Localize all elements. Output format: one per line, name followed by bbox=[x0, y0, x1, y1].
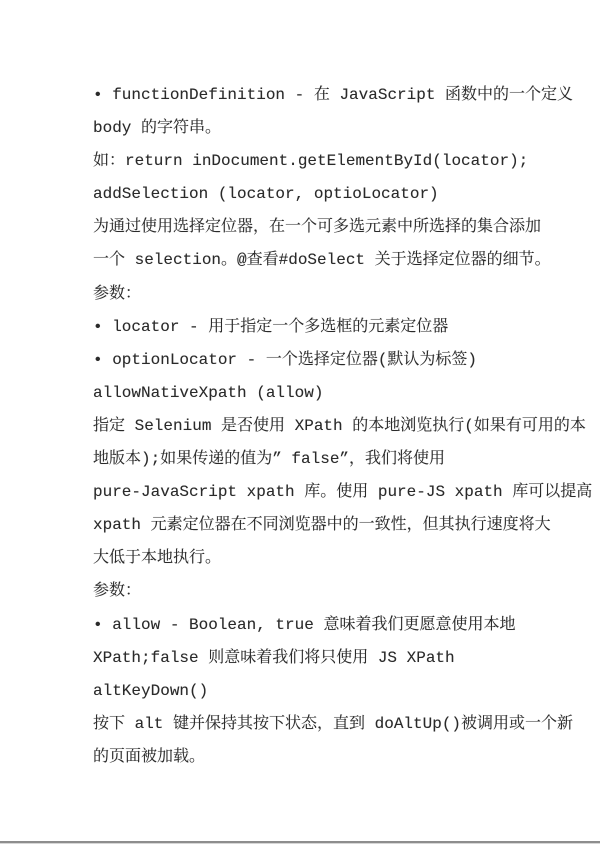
text-line: addSelection (locator, optioLocator) bbox=[93, 178, 553, 211]
text-line: • locator - 用于指定一个多选框的元素定位器 bbox=[93, 311, 553, 344]
document-page: • functionDefinition - 在 JavaScript 函数中的… bbox=[0, 0, 600, 851]
text-line: xpath 元素定位器在不同浏览器中的一致性，但其执行速度将大 bbox=[93, 509, 553, 542]
text-line: 如：return inDocument.getElementById(locat… bbox=[93, 145, 553, 178]
text-line: • optionLocator - 一个选择定位器(默认为标签) bbox=[93, 344, 553, 377]
text-line: 参数： bbox=[93, 575, 553, 608]
text-line: • functionDefinition - 在 JavaScript 函数中的… bbox=[93, 79, 553, 112]
document-text-block: • functionDefinition - 在 JavaScript 函数中的… bbox=[93, 79, 553, 774]
text-line: pure-JavaScript xpath 库。使用 pure-JS xpath… bbox=[93, 476, 553, 509]
page-bottom-edge-line bbox=[0, 841, 600, 844]
text-line: 按下 alt 键并保持其按下状态，直到 doAltUp()被调用或一个新 bbox=[93, 708, 553, 741]
text-line: 指定 Selenium 是否使用 XPath 的本地浏览执行(如果有可用的本 bbox=[93, 410, 553, 443]
text-line: • allow - Boolean, true 意味着我们更愿意使用本地 bbox=[93, 609, 553, 642]
text-line: altKeyDown() bbox=[93, 675, 553, 708]
text-line: 为通过使用选择定位器，在一个可多选元素中所选择的集合添加 bbox=[93, 211, 553, 244]
text-line: 地版本);如果传递的值为” false”，我们将使用 bbox=[93, 443, 553, 476]
text-line: XPath;false 则意味着我们将只使用 JS XPath bbox=[93, 642, 553, 675]
text-line: body 的字符串。 bbox=[93, 112, 553, 145]
text-line: 一个 selection。@查看#doSelect 关于选择定位器的细节。 bbox=[93, 244, 553, 277]
text-line: 的页面被加载。 bbox=[93, 741, 553, 774]
text-line: 参数： bbox=[93, 278, 553, 311]
text-line: allowNativeXpath (allow) bbox=[93, 377, 553, 410]
text-line: 大低于本地执行。 bbox=[93, 542, 553, 575]
